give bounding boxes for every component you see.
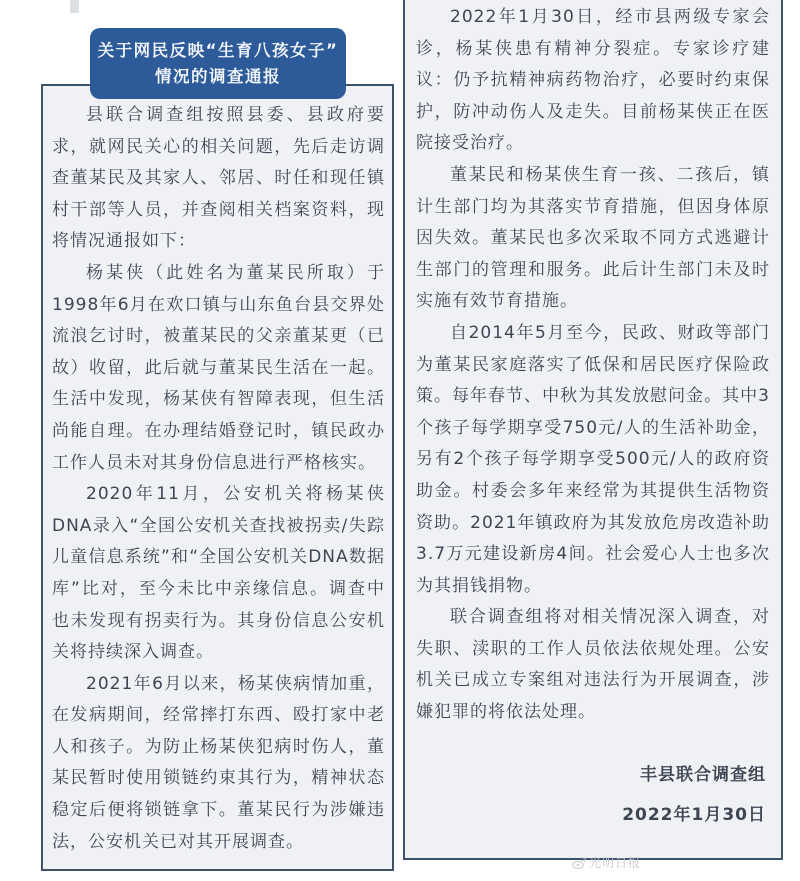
paragraph-further-investigation: 联合调查组将对相关情况深入调查，对失职、渎职的工作人员依法依规处理。公安机关已成… [416, 602, 770, 728]
signature-organization: 丰县联合调查组 [416, 755, 766, 795]
paragraph-identity-history: 杨某侠（此姓名为董某民所取）于1998年6月在欢口镇与山东鱼台县交界处流浪乞讨时… [52, 258, 385, 479]
paragraph-diagnosis: 2022年1月30日，经市县两级专家会诊，杨某侠患有精神分裂症。专家诊疗建议：仍… [416, 2, 770, 160]
watermark-text: 光明日报 [589, 854, 641, 871]
left-column-text: 县联合调查组按照县委、县政府要求，就网民关心的相关问题，先后走访调查董某民及其家… [52, 100, 385, 858]
paragraph-illness-chain: 2021年6月以来，杨某侠病情加重，在发病期间，经常摔打东西、殴打家中老人和孩子… [52, 669, 385, 859]
notice-title-line1: 关于网民反映“生育八孩女子” [98, 41, 339, 61]
notice-title-line2: 情况的调查通报 [155, 67, 281, 87]
cropped-element-artifact [70, 0, 79, 13]
paragraph-intro: 县联合调查组按照县委、县政府要求，就网民关心的相关问题，先后走访调查董某民及其家… [52, 100, 385, 258]
right-column-text: 2022年1月30日，经市县两级专家会诊，杨某侠患有精神分裂症。专家诊疗建议：仍… [416, 2, 770, 835]
paragraph-subsidies: 自2014年5月至今，民政、财政等部门为董某民家庭落实了低保和居民医疗保险政策。… [416, 318, 770, 602]
watermark: 光明日报 [572, 854, 641, 871]
weibo-icon [572, 857, 586, 869]
signature-block: 丰县联合调查组 2022年1月30日 [416, 755, 770, 835]
signature-date: 2022年1月30日 [416, 795, 766, 835]
paragraph-dna-check: 2020年11月，公安机关将杨某侠DNA录入“全国公安机关查找被拐卖/失踪儿童信… [52, 479, 385, 669]
notice-title-box: 关于网民反映“生育八孩女子” 情况的调查通报 [90, 28, 346, 99]
paragraph-birth-control: 董某民和杨某侠生育一孩、二孩后，镇计生部门均为其落实节育措施，但因身体原因失效。… [416, 160, 770, 318]
notice-image: 关于网民反映“生育八孩女子” 情况的调查通报 县联合调查组按照县委、县政府要求，… [0, 0, 800, 881]
